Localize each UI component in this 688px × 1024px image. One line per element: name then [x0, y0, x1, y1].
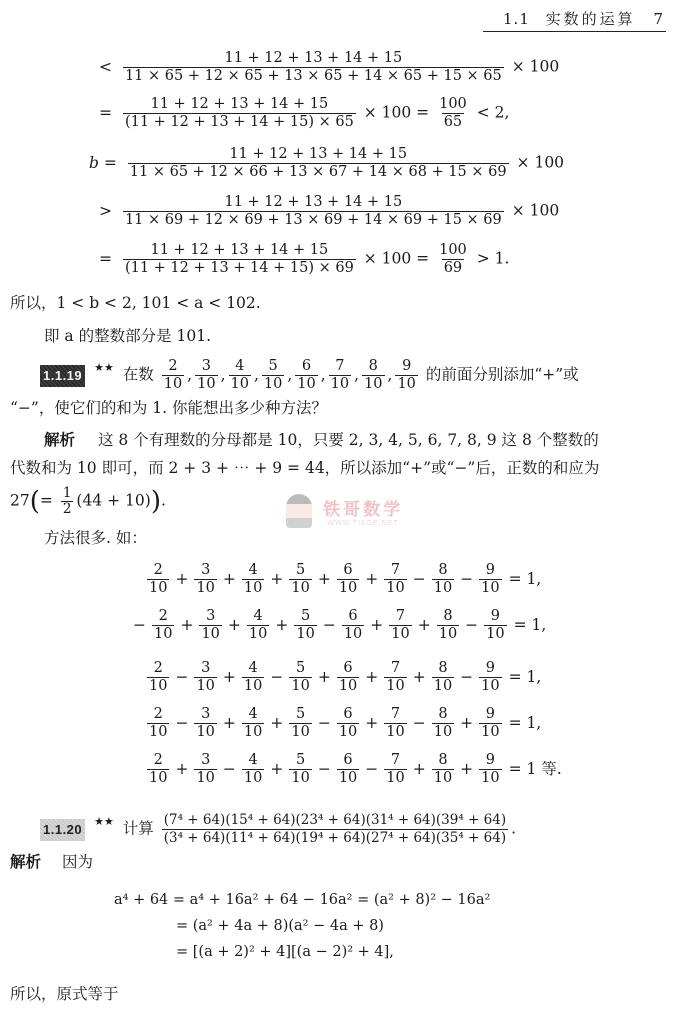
sign: +: [270, 569, 283, 589]
solution-equation: 210−310+410+510−610+710−810+910= 1,: [144, 706, 541, 741]
numerator: 11 + 12 + 13 + 14 + 15: [222, 194, 404, 211]
denominator: 10: [152, 625, 174, 643]
comma: ,: [187, 366, 192, 384]
denominator: 10: [432, 723, 454, 741]
denominator: 10: [199, 625, 221, 643]
numerator: 2: [152, 660, 165, 677]
running-header: 1.1 实数的运算 7: [483, 8, 666, 32]
fraction: 710: [389, 608, 411, 643]
fraction: 310: [194, 660, 216, 695]
numerator: 6: [341, 706, 354, 723]
denominator: 10: [432, 677, 454, 695]
numerator: 9: [489, 608, 502, 625]
analysis-line: 解析 因为: [10, 852, 93, 872]
sign: +: [270, 713, 283, 733]
fraction: 210: [147, 660, 169, 695]
denominator: 10: [289, 723, 311, 741]
denominator: 10: [432, 769, 454, 787]
fraction: 210: [147, 752, 169, 787]
multiplier: × 100: [517, 154, 565, 172]
denominator: 10: [242, 677, 264, 695]
denominator: 10: [479, 677, 501, 695]
numerator: 9: [400, 358, 413, 375]
equation-result: = 1 等.: [509, 760, 562, 778]
numerator: 9: [484, 706, 497, 723]
inequality-tail: > 1.: [477, 250, 510, 268]
sign: −: [413, 713, 426, 733]
analysis-text: 代数和为 10 即可，而 2 + 3 + ⋯ + 9 = 44，所以添加“+”或…: [10, 458, 599, 478]
numerator: 4: [233, 358, 246, 375]
fraction: 100 69: [437, 242, 469, 277]
sign: +: [223, 713, 236, 733]
sign: +: [223, 667, 236, 687]
statement-text: 在数: [123, 366, 154, 384]
denominator: 10: [437, 625, 459, 643]
denominator: 11 × 65 + 12 × 65 + 13 × 65 + 14 × 65 + …: [123, 67, 504, 85]
fraction: 910: [484, 608, 506, 643]
numerator: 1: [61, 486, 74, 501]
comma: ,: [221, 366, 226, 384]
sign: −: [365, 759, 378, 779]
fraction: 1 2: [61, 486, 74, 517]
multiplier: × 100: [512, 202, 560, 220]
numerator: 3: [199, 660, 212, 677]
sign: −: [460, 667, 473, 687]
fraction: 210: [147, 706, 169, 741]
fraction: 610: [337, 660, 359, 695]
numerator: 11 + 12 + 13 + 14 + 15: [222, 50, 404, 67]
fraction: 810: [432, 562, 454, 597]
numerator: 8: [436, 706, 449, 723]
denominator: 10: [242, 723, 264, 741]
numerator: 3: [204, 608, 217, 625]
fraction: 710: [384, 660, 406, 695]
fraction: 810: [432, 660, 454, 695]
fraction: 910: [479, 660, 501, 695]
denominator: 10: [479, 769, 501, 787]
multiplier: × 100 =: [364, 250, 429, 268]
solution-equation: 210+310+410+510+610+710−810−910= 1,: [144, 562, 541, 597]
fraction: 310: [194, 562, 216, 597]
relation: =: [99, 103, 112, 123]
denominator: 10: [337, 579, 359, 597]
denominator: 65: [442, 113, 464, 131]
denominator: 10: [289, 579, 311, 597]
difficulty-stars-icon: ★★: [94, 361, 114, 374]
numerator: 5: [294, 562, 307, 579]
numerator: 7: [333, 358, 346, 375]
difficulty-stars-icon: ★★: [94, 815, 114, 828]
fraction: 310: [194, 752, 216, 787]
comma: ,: [388, 366, 393, 384]
denominator: 69: [442, 259, 464, 277]
denominator: 10: [194, 723, 216, 741]
numerator: 2: [166, 358, 179, 375]
fraction: 310: [199, 608, 221, 643]
fraction: 710: [384, 706, 406, 741]
numerator: 8: [367, 358, 380, 375]
comma: ,: [354, 366, 359, 384]
methods-intro: 方法很多. 如：: [44, 528, 147, 548]
fraction: 910: [479, 752, 501, 787]
fraction-list: 210,310,410,510,610,710,810,910: [159, 366, 421, 384]
fraction: 910: [479, 706, 501, 741]
sign: −: [223, 759, 236, 779]
solution-equation: −210+310+410+510−610+710+810−910= 1,: [130, 608, 546, 643]
period: .: [511, 820, 516, 838]
analysis-line: 解析 这 8 个有理数的分母都是 10，只要 2, 3, 4, 5, 6, 7,…: [44, 430, 599, 450]
sign: +: [413, 667, 426, 687]
fraction: 410: [242, 660, 264, 695]
denominator: 10: [389, 625, 411, 643]
analysis-text: 因为: [62, 853, 93, 871]
denominator: 10: [362, 375, 384, 393]
fraction: 610: [337, 752, 359, 787]
analysis-text: 这 8 个有理数的分母都是 10，只要 2, 3, 4, 5, 6, 7, 8,…: [98, 431, 599, 449]
denominator: 10: [384, 723, 406, 741]
numerator: 6: [341, 752, 354, 769]
denominator: (3⁴ + 64)(11⁴ + 64)(19⁴ + 64)(27⁴ + 64)(…: [162, 829, 508, 847]
fraction: 610: [342, 608, 364, 643]
numerator: 4: [247, 562, 260, 579]
sign: +: [460, 713, 473, 733]
denominator: 10: [247, 625, 269, 643]
denominator: 10: [384, 677, 406, 695]
denominator: 10: [484, 625, 506, 643]
numerator: 8: [441, 608, 454, 625]
denominator: 10: [289, 677, 311, 695]
sign: −: [133, 615, 146, 635]
fraction: 210: [152, 608, 174, 643]
numerator: 9: [484, 660, 497, 677]
problem-number-badge: 1.1.20: [40, 819, 85, 841]
problem-19-statement: 1.1.19 ★★ 在数 210,310,410,510,610,710,810…: [40, 358, 579, 393]
equation-result: = 1,: [509, 570, 542, 588]
equation-result: = 1,: [509, 714, 542, 732]
comma: ,: [321, 366, 326, 384]
denominator: 10: [384, 769, 406, 787]
numerator: 2: [157, 608, 170, 625]
denominator: 10: [262, 375, 284, 393]
fraction: 710: [329, 358, 351, 393]
numerator: 100: [437, 96, 469, 113]
fraction: 310: [195, 358, 217, 393]
equation-result: = 1,: [509, 668, 542, 686]
fraction: 810: [362, 358, 384, 393]
denominator: 10: [147, 723, 169, 741]
numerator: 6: [346, 608, 359, 625]
numerator: 6: [300, 358, 313, 375]
numerator: 11 + 12 + 13 + 14 + 15: [227, 146, 409, 163]
fraction: 510: [289, 706, 311, 741]
multiplier: × 100: [512, 58, 560, 76]
numerator: 7: [394, 608, 407, 625]
analysis-label: 解析: [44, 430, 75, 449]
problem-20-statement: 1.1.20 ★★ 计算 (7⁴ + 64)(15⁴ + 64)(23⁴ + 6…: [40, 812, 516, 847]
fraction: 510: [294, 608, 316, 643]
numerator: 4: [247, 752, 260, 769]
equation-line: = 11 + 12 + 13 + 14 + 15 (11 + 12 + 13 +…: [96, 96, 509, 131]
equation-line: = 11 + 12 + 13 + 14 + 15 (11 + 12 + 13 +…: [96, 242, 509, 277]
numerator: 8: [436, 562, 449, 579]
numerator: 7: [389, 562, 402, 579]
denominator: 10: [242, 769, 264, 787]
sign: +: [370, 615, 383, 635]
fraction: 510: [289, 562, 311, 597]
fraction: 210: [162, 358, 184, 393]
equation-line: > 11 + 12 + 13 + 14 + 15 11 × 69 + 12 × …: [96, 194, 559, 229]
denominator: 10: [194, 677, 216, 695]
equation-line: a⁴ + 64 = a⁴ + 16a² + 64 − 16a² = (a² + …: [114, 890, 490, 910]
period: .: [161, 492, 166, 510]
watermark-url: WWW.TIEGE.NET: [323, 520, 403, 527]
conclusion-text: 即 a 的整数部分是 101.: [44, 326, 211, 346]
conclusion-text: 所以，1 < b < 2, 101 < a < 102.: [10, 293, 261, 313]
denominator: 2: [61, 501, 74, 517]
fraction: 810: [437, 608, 459, 643]
denominator: 10: [295, 375, 317, 393]
sign: +: [175, 759, 188, 779]
denominator: (11 + 12 + 13 + 14 + 15) × 69: [123, 259, 356, 277]
sign: +: [365, 569, 378, 589]
numerator: (7⁴ + 64)(15⁴ + 64)(23⁴ + 64)(31⁴ + 64)(…: [162, 812, 508, 829]
numerator: 6: [341, 660, 354, 677]
analysis-text: 27: [10, 492, 30, 510]
analysis-line: 27(= 1 2 (44 + 10)).: [10, 486, 166, 517]
fraction: 410: [242, 706, 264, 741]
watermark-text: 铁哥数学: [323, 495, 403, 520]
fraction: 11 + 12 + 13 + 14 + 15 (11 + 12 + 13 + 1…: [123, 242, 356, 277]
fraction: 710: [384, 562, 406, 597]
sign: +: [318, 667, 331, 687]
denominator: 10: [194, 579, 216, 597]
fraction: 910: [479, 562, 501, 597]
denominator: 10: [289, 769, 311, 787]
numerator: 8: [436, 660, 449, 677]
numerator: 4: [247, 660, 260, 677]
fraction: 510: [289, 660, 311, 695]
sign: +: [413, 759, 426, 779]
fraction: 810: [432, 752, 454, 787]
denominator: (11 + 12 + 13 + 14 + 15) × 65: [123, 113, 356, 131]
denominator: 10: [195, 375, 217, 393]
statement-text: 的前面分别添加“+”或: [426, 366, 579, 384]
page-number: 7: [653, 10, 664, 28]
fraction: 210: [147, 562, 169, 597]
fraction: 910: [395, 358, 417, 393]
section-title: 实数的运算: [546, 10, 636, 28]
denominator: 10: [329, 375, 351, 393]
multiplier: × 100 =: [364, 104, 429, 122]
analysis-text: (44 + 10): [76, 492, 150, 510]
comma: ,: [254, 366, 259, 384]
sign: −: [318, 759, 331, 779]
fraction: 11 + 12 + 13 + 14 + 15 11 × 65 + 12 × 66…: [128, 146, 509, 181]
numerator: 2: [152, 752, 165, 769]
denominator: 10: [194, 769, 216, 787]
denominator: 10: [242, 579, 264, 597]
denominator: 10: [294, 625, 316, 643]
closing-text: 所以，原式等于: [10, 984, 119, 1004]
fraction: (7⁴ + 64)(15⁴ + 64)(23⁴ + 64)(31⁴ + 64)(…: [162, 812, 508, 847]
numerator: 11 + 12 + 13 + 14 + 15: [149, 242, 331, 259]
right-paren: ): [151, 487, 161, 517]
denominator: 10: [337, 677, 359, 695]
sign: +: [318, 569, 331, 589]
numerator: 8: [436, 752, 449, 769]
fraction: 510: [262, 358, 284, 393]
fraction: 410: [242, 752, 264, 787]
numerator: 3: [199, 706, 212, 723]
inequality-tail: < 2,: [477, 104, 510, 122]
sign: −: [175, 667, 188, 687]
statement-text: 计算: [123, 820, 154, 838]
denominator: 10: [479, 723, 501, 741]
fraction: 410: [229, 358, 251, 393]
sign: −: [465, 615, 478, 635]
sign: +: [275, 615, 288, 635]
problem-number-badge: 1.1.19: [40, 365, 85, 387]
equals: =: [40, 492, 53, 510]
denominator: 10: [384, 579, 406, 597]
numerator: 2: [152, 562, 165, 579]
sign: +: [223, 569, 236, 589]
relation: b =: [89, 153, 117, 173]
equation-line: = [(a + 2)² + 4][(a − 2)² + 4],: [176, 942, 394, 962]
numerator: 100: [437, 242, 469, 259]
numerator: 3: [199, 562, 212, 579]
denominator: 10: [229, 375, 251, 393]
numerator: 5: [294, 752, 307, 769]
watermark: 铁哥数学 WWW.TIEGE.NET: [286, 494, 403, 528]
numerator: 4: [247, 706, 260, 723]
fraction: 11 + 12 + 13 + 14 + 15 11 × 65 + 12 × 65…: [123, 50, 504, 85]
numerator: 2: [152, 706, 165, 723]
solution-equation: 210+310−410+510−610−710+810+910= 1 等.: [144, 752, 562, 787]
numerator: 7: [389, 706, 402, 723]
numerator: 5: [294, 706, 307, 723]
fraction: 610: [295, 358, 317, 393]
sign: −: [460, 569, 473, 589]
fraction: 11 + 12 + 13 + 14 + 15 (11 + 12 + 13 + 1…: [123, 96, 356, 131]
denominator: 10: [147, 579, 169, 597]
fraction: 11 + 12 + 13 + 14 + 15 11 × 69 + 12 × 69…: [123, 194, 504, 229]
fraction: 710: [384, 752, 406, 787]
numerator: 3: [200, 358, 213, 375]
relation: >: [99, 201, 112, 221]
sign: −: [323, 615, 336, 635]
numerator: 6: [341, 562, 354, 579]
fraction: 310: [194, 706, 216, 741]
fraction: 610: [337, 706, 359, 741]
sign: +: [180, 615, 193, 635]
statement-text: “−”，使它们的和为 1. 你能想出多少种方法？: [10, 398, 327, 418]
numerator: 7: [389, 752, 402, 769]
equation-line: < 11 + 12 + 13 + 14 + 15 11 × 65 + 12 × …: [96, 50, 559, 85]
equation-line: = (a² + 4a + 8)(a² − 4a + 8): [176, 916, 384, 936]
denominator: 10: [162, 375, 184, 393]
numerator: 5: [299, 608, 312, 625]
sign: +: [228, 615, 241, 635]
comma: ,: [287, 366, 292, 384]
denominator: 10: [432, 579, 454, 597]
solution-equation: 210−310+410−510+610+710+810−910= 1,: [144, 660, 541, 695]
numerator: 5: [267, 358, 280, 375]
denominator: 10: [337, 769, 359, 787]
fraction: 100 65: [437, 96, 469, 131]
sign: +: [365, 713, 378, 733]
sign: +: [270, 759, 283, 779]
fraction: 610: [337, 562, 359, 597]
fraction: 510: [289, 752, 311, 787]
denominator: 10: [395, 375, 417, 393]
denominator: 10: [147, 677, 169, 695]
numerator: 5: [294, 660, 307, 677]
analysis-label: 解析: [10, 852, 41, 871]
denominator: 10: [337, 723, 359, 741]
equation-result: = 1,: [514, 616, 547, 634]
denominator: 11 × 65 + 12 × 66 + 13 × 67 + 14 × 68 + …: [128, 163, 509, 181]
sign: +: [418, 615, 431, 635]
sign: +: [460, 759, 473, 779]
numerator: 9: [484, 562, 497, 579]
relation: =: [99, 249, 112, 269]
sign: −: [318, 713, 331, 733]
section-number: 1.1: [503, 10, 530, 28]
sign: −: [175, 713, 188, 733]
numerator: 11 + 12 + 13 + 14 + 15: [149, 96, 331, 113]
numerator: 3: [199, 752, 212, 769]
numerator: 9: [484, 752, 497, 769]
numerator: 7: [389, 660, 402, 677]
sign: −: [413, 569, 426, 589]
fraction: 410: [242, 562, 264, 597]
sign: −: [270, 667, 283, 687]
fraction: 810: [432, 706, 454, 741]
equation-line: b = 11 + 12 + 13 + 14 + 15 11 × 65 + 12 …: [86, 146, 564, 181]
denominator: 10: [342, 625, 364, 643]
watermark-portrait-icon: [286, 494, 312, 528]
fraction: 410: [247, 608, 269, 643]
left-paren: (: [30, 487, 40, 517]
numerator: 4: [252, 608, 265, 625]
sign: +: [365, 667, 378, 687]
denominator: 11 × 69 + 12 × 69 + 13 × 69 + 14 × 69 + …: [123, 211, 504, 229]
relation: <: [99, 57, 112, 77]
denominator: 10: [479, 579, 501, 597]
denominator: 10: [147, 769, 169, 787]
sign: +: [175, 569, 188, 589]
